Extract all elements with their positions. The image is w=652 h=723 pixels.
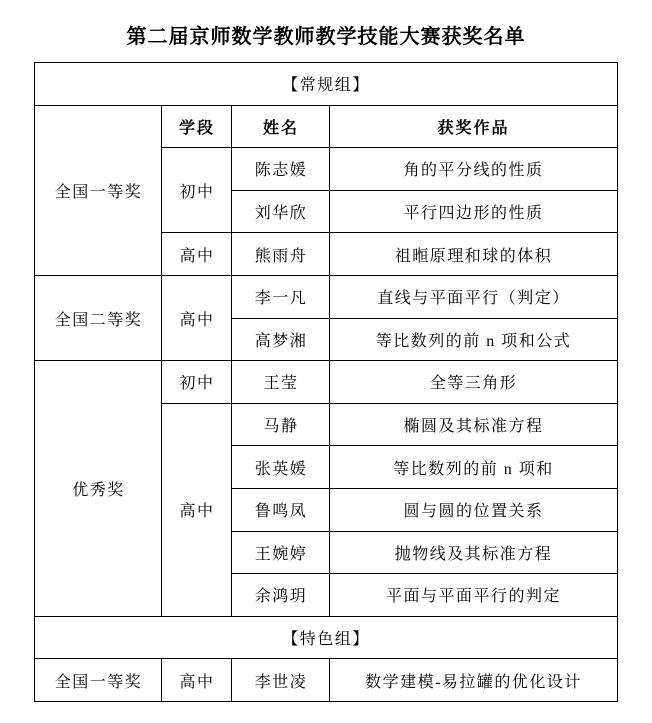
name-cell: 陈志媛 (232, 148, 330, 191)
name-cell: 鲁鸣凤 (232, 488, 330, 531)
name-cell: 李世凌 (232, 659, 330, 702)
section-header-regular: 【常规组】 (35, 63, 617, 106)
work-cell: 角的平分线的性质 (330, 148, 617, 191)
name-cell: 张英媛 (232, 446, 330, 489)
name-cell: 熊雨舟 (232, 233, 330, 276)
section-row: 【常规组】 (35, 63, 617, 106)
work-cell: 等比数列的前 n 项和公式 (330, 318, 617, 361)
name-cell: 王莹 (232, 361, 330, 404)
name-cell: 刘华欣 (232, 190, 330, 233)
work-cell: 直线与平面平行（判定） (330, 275, 617, 318)
name-cell: 王婉婷 (232, 531, 330, 574)
work-cell: 全等三角形 (330, 361, 617, 404)
stage-cell-junior: 初中 (162, 148, 232, 233)
work-cell: 平面与平面平行的判定 (330, 574, 617, 617)
section-row: 【特色组】 (35, 616, 617, 659)
stage-cell-senior: 高中 (162, 659, 232, 702)
award-cell-special-first: 全国一等奖 (35, 659, 162, 702)
work-cell: 祖暅原理和球的体积 (330, 233, 617, 276)
work-cell: 抛物线及其标准方程 (330, 531, 617, 574)
stage-cell-junior: 初中 (162, 361, 232, 404)
work-cell: 等比数列的前 n 项和 (330, 446, 617, 489)
column-header-work: 获奖作品 (330, 105, 617, 148)
awards-table: 【常规组】 全国一等奖 学段 姓名 获奖作品 初中 陈志媛 角的平分线的性质 刘… (34, 62, 617, 702)
column-header-name: 姓名 (232, 105, 330, 148)
name-cell: 马静 (232, 403, 330, 446)
header-row: 全国一等奖 学段 姓名 获奖作品 (35, 105, 617, 148)
table-row: 全国一等奖 高中 李世凌 数学建模-易拉罐的优化设计 (35, 659, 617, 702)
name-cell: 高梦湘 (232, 318, 330, 361)
page-title: 第二届京师数学教师教学技能大赛获奖名单 (0, 0, 652, 62)
document-page: 第二届京师数学教师教学技能大赛获奖名单 【常规组】 全国一等奖 学段 姓名 获奖… (0, 0, 652, 723)
award-cell-national-first: 全国一等奖 (35, 105, 162, 275)
award-cell-national-second: 全国二等奖 (35, 275, 162, 360)
work-cell: 圆与圆的位置关系 (330, 488, 617, 531)
award-cell-excellence: 优秀奖 (35, 361, 162, 617)
stage-cell-senior: 高中 (162, 275, 232, 360)
name-cell: 余鸿玥 (232, 574, 330, 617)
stage-cell-senior: 高中 (162, 403, 232, 616)
table-row: 全国二等奖 高中 李一凡 直线与平面平行（判定） (35, 275, 617, 318)
name-cell: 李一凡 (232, 275, 330, 318)
work-cell: 平行四边形的性质 (330, 190, 617, 233)
section-header-special: 【特色组】 (35, 616, 617, 659)
work-cell: 数学建模-易拉罐的优化设计 (330, 659, 617, 702)
work-cell: 椭圆及其标准方程 (330, 403, 617, 446)
column-header-stage: 学段 (162, 105, 232, 148)
table-row: 优秀奖 初中 王莹 全等三角形 (35, 361, 617, 404)
stage-cell-senior: 高中 (162, 233, 232, 276)
